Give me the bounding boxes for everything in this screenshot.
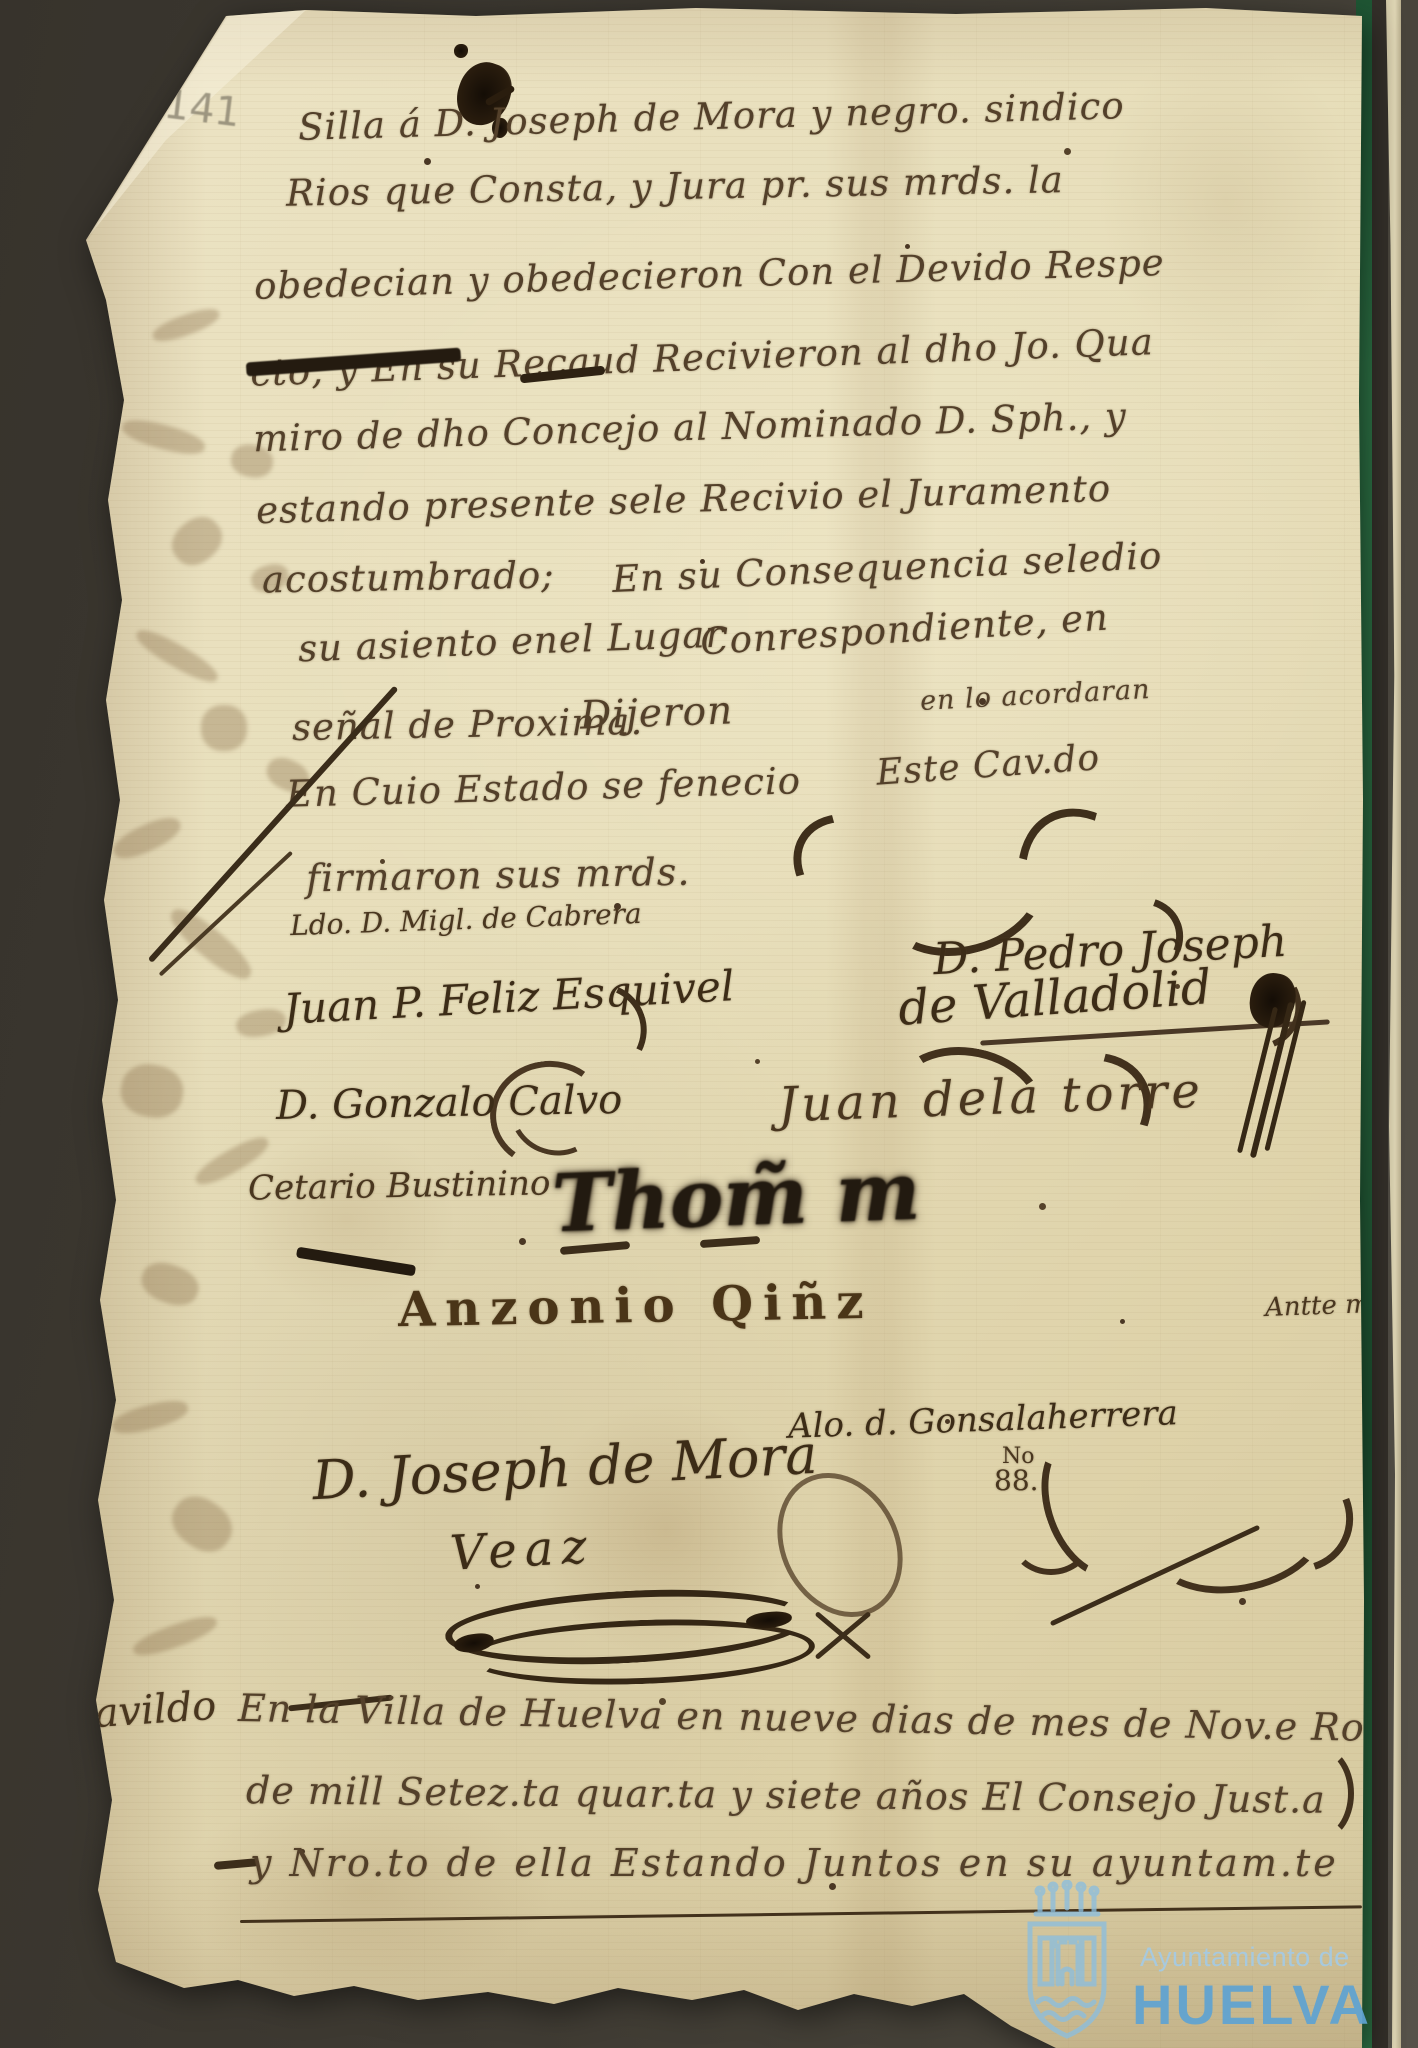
manuscript-line: acostumbrado; [262, 553, 555, 601]
manuscript-line: Dijeron [579, 688, 734, 738]
manuscript-line: y Nro.to de ella Estando Juntos en su ay… [250, 1841, 1339, 1885]
rubric-88-label: 88. [994, 1464, 1039, 1497]
manuscript-line: firmaron sus mrds. [306, 850, 691, 901]
manuscript-sheet: 141 Silla á D. Joseph de Mora y negro. s… [56, 0, 1366, 2048]
signature-bustinino: Cetario Bustinino [248, 1163, 551, 1208]
pencil-folio-number: 141 [161, 82, 242, 137]
manuscript-line: de mill Setez.ta quar.ta y siete años El… [246, 1768, 1326, 1821]
signature-veaz: Veaz [449, 1518, 596, 1581]
line-tail-flourish [1282, 1745, 1354, 1842]
signature-antonio-block-letters: Anzonio Qiñz [398, 1274, 874, 1338]
watermark-subtitle: Ayuntamiento de [1140, 1942, 1350, 1973]
next-page-sliver [1386, 0, 1401, 2048]
ink-bleedthrough [201, 705, 247, 751]
page-gap-shadow [1372, 0, 1388, 2048]
archival-scan-viewport: { "folio": "141", "body": [ "Silla á D. … [0, 0, 1418, 2048]
signature-gonzalo-calvo: D. Gonzalo Calvo [276, 1077, 623, 1129]
ink-specks [56, 0, 59, 3]
watermark-title: HUELVA [1132, 1972, 1372, 2037]
manuscript-sheet-wrap: 141 Silla á D. Joseph de Mora y negro. s… [56, 0, 1366, 2048]
margin-note-antemi: Antte mi [1265, 1289, 1379, 1323]
signature-thomas-heavy: Thom̃ m [550, 1144, 921, 1251]
huelva-crest-icon [1002, 1880, 1132, 2048]
